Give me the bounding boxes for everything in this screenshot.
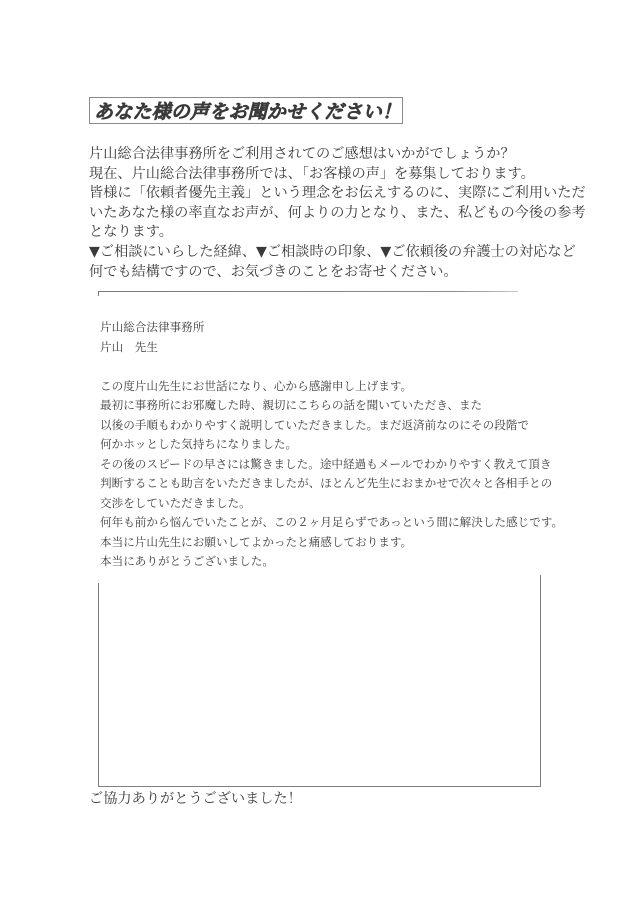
intro-line: 現在、片山総合法律事務所では、「お客様の声」を募集しております。 bbox=[89, 165, 559, 185]
addressee-firm: 片山総合法律事務所 bbox=[100, 318, 550, 338]
intro-line: ▼ご相談にいらした経緯、▼ご相談時の印象、▼ご依頼後の弁護士の対応など bbox=[89, 243, 559, 263]
addressee-name: 片山 先生 bbox=[100, 338, 550, 358]
intro-line: となります。 bbox=[89, 223, 559, 243]
spacer bbox=[100, 357, 550, 377]
intro-text: 片山総合法律事務所をご利用されてのご感想はいかがでしょうか？ 現在、片山総合法律… bbox=[89, 145, 559, 282]
letter-line: 本当にありがとうございました。 bbox=[100, 552, 550, 572]
letter-box-top-border bbox=[98, 291, 518, 292]
letter-line: この度片山先生にお世話になり、心から感謝申し上げます。 bbox=[100, 377, 550, 397]
intro-line: 何でも結構ですので、お気づきのことをお寄せください。 bbox=[89, 263, 559, 283]
intro-line: 皆様に「依頼者優先主義」という理念をお伝えするのに、実際にご利用いただ bbox=[89, 184, 559, 204]
letter-box-corner bbox=[98, 291, 99, 296]
intro-line: いたあなた様の率直なお声が、何よりの力となり、また、私どもの今後の参考 bbox=[89, 204, 559, 224]
letter-line: 何かホッとした気持ちになりました。 bbox=[100, 435, 550, 455]
letter-line: 交渉をしていただきました。 bbox=[100, 494, 550, 514]
closing-message: ご協力ありがとうございました！ bbox=[89, 790, 302, 809]
letter-box-right-border bbox=[540, 575, 541, 786]
letter-line: その後のスピードの早さには驚きました。途中経過もメールでわかりやすく教えて頂き bbox=[100, 455, 550, 475]
letter-box-left-border bbox=[98, 583, 99, 786]
letter-line: 最初に事務所にお邪魔した時、親切にこちらの話を聞いていただき、また bbox=[100, 396, 550, 416]
letter-line: 本当に片山先生にお願いしてよかったと痛感しております。 bbox=[100, 533, 550, 553]
letter-box-bottom-border bbox=[98, 786, 541, 787]
letter-line: 判断することも助言をいただきましたが、ほとんど先生におまかせで次々と各相手との bbox=[100, 474, 550, 494]
heading-box: あなた様の声をお聞かせください！ bbox=[89, 97, 403, 124]
page-title: あなた様の声をお聞かせください！ bbox=[94, 97, 401, 124]
letter-line: 以後の手順もわかりやすく説明していただきました。まだ返済前なのにその段階で bbox=[100, 416, 550, 436]
letter-line: 何年も前から悩んでいたことが、この２ヶ月足らずであっという間に解決した感じです。 bbox=[100, 513, 550, 533]
testimonial-letter: 片山総合法律事務所 片山 先生 この度片山先生にお世話になり、心から感謝申し上げ… bbox=[100, 318, 550, 572]
intro-line: 片山総合法律事務所をご利用されてのご感想はいかがでしょうか？ bbox=[89, 145, 559, 165]
